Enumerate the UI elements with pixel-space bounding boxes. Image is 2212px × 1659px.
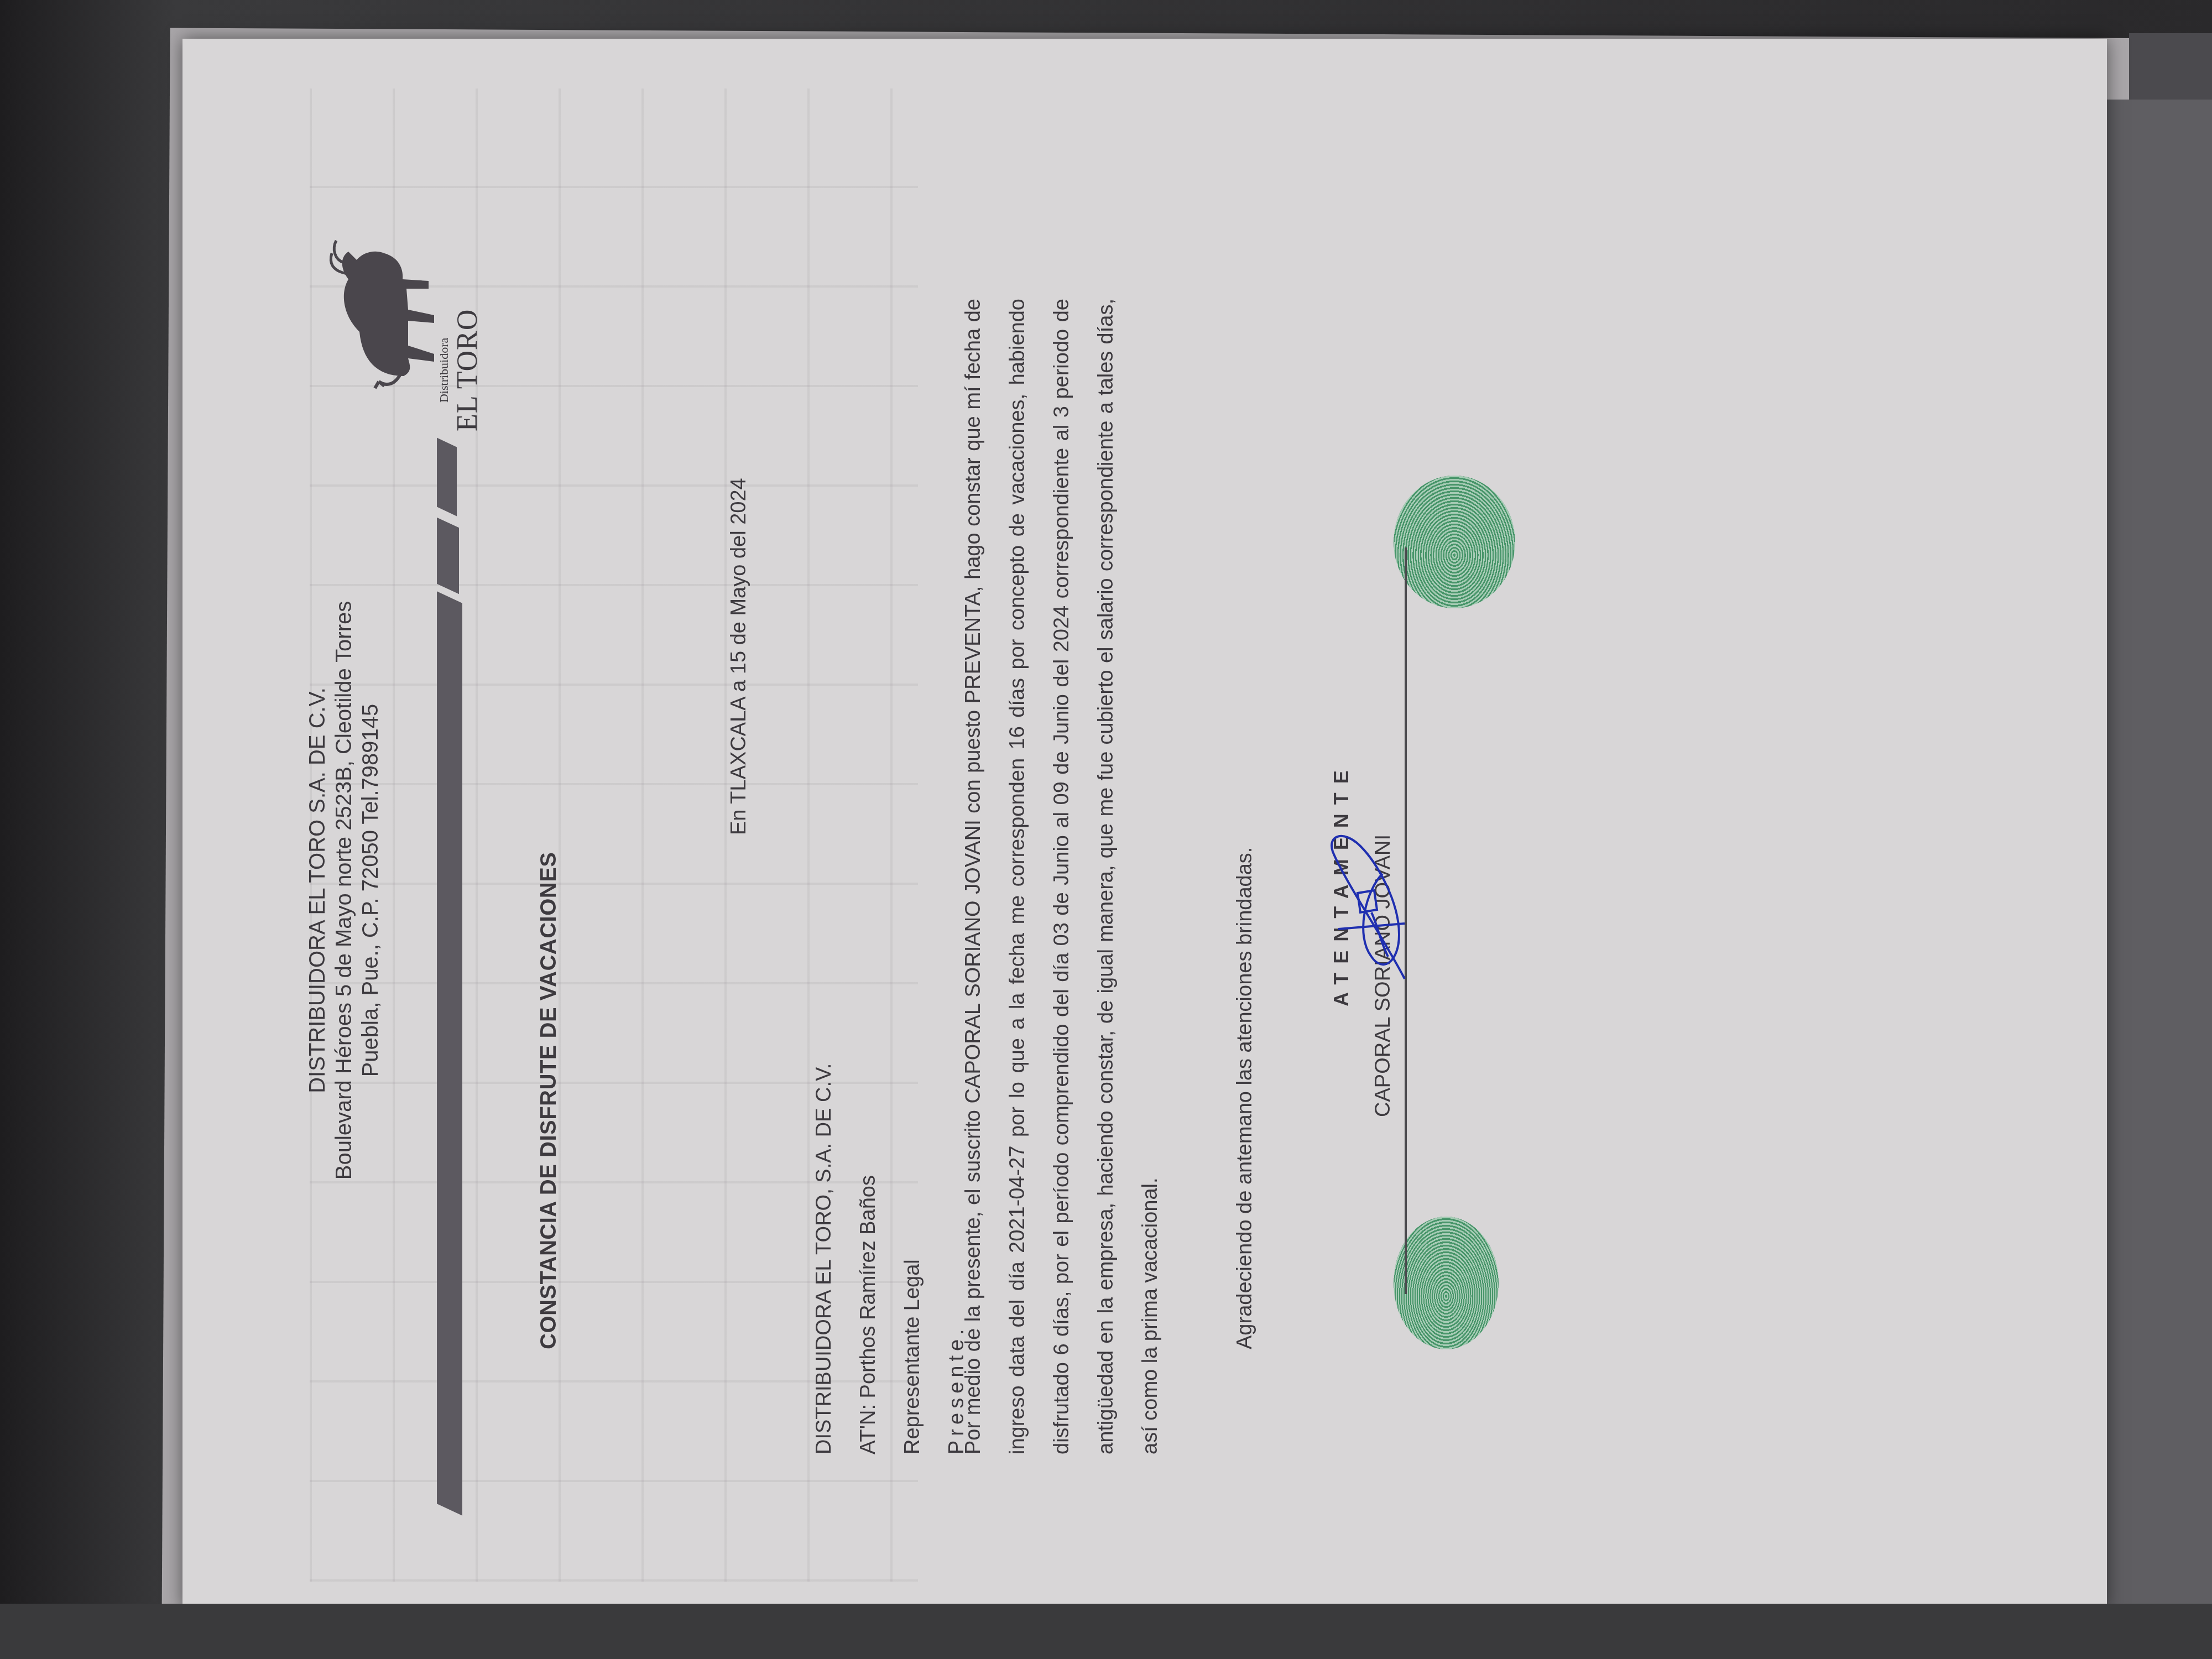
document-title: CONSTANCIA DE DISFRUTE DE VACACIONES — [536, 852, 561, 1349]
brand-logo: Distribuidora EL TORO — [437, 309, 484, 431]
document-content: DISTRIBUIDORA EL TORO S.A. DE C.V. Boule… — [216, 55, 1598, 1582]
thumbprint-left — [1394, 1217, 1499, 1349]
letterhead-stripe — [437, 591, 462, 1515]
thumbprint-right — [1394, 476, 1515, 608]
logo-title: EL TORO — [452, 309, 483, 431]
bull-icon — [310, 232, 453, 398]
addressee-role: Representante Legal — [890, 1063, 935, 1454]
letterhead-address-1: Boulevard Héroes 5 de Mayo norte 2523B, … — [331, 420, 357, 1360]
letterhead-stripe — [437, 438, 457, 517]
letterhead-address-2: Puebla, Pue., C.P. 72050 Tel.7989145 — [357, 420, 384, 1360]
letterhead-stripe — [437, 518, 459, 594]
letterhead: DISTRIBUIDORA EL TORO S.A. DE C.V. Boule… — [304, 420, 384, 1360]
binder-cover — [2090, 100, 2212, 1659]
desk-edge — [0, 1604, 2212, 1659]
addressee-attn: AT'N: Porthos Ramírez Baños — [846, 1063, 890, 1454]
body-paragraph: Por medio de la presente, el suscrito CA… — [951, 299, 1172, 1454]
addressee-company: DISTRIBUIDORA EL TORO, S.A. DE C.V. — [802, 1063, 846, 1454]
thanks-line: Agradeciendo de antemano las atenciones … — [1233, 847, 1257, 1349]
handwritten-signature — [1322, 824, 1416, 990]
logo-subtitle: Distribuidora — [437, 309, 451, 431]
place-date: En TLAXCALA a 15 de Mayo del 2024 — [727, 478, 751, 835]
letterhead-company: DISTRIBUIDORA EL TORO S.A. DE C.V. — [304, 420, 331, 1360]
